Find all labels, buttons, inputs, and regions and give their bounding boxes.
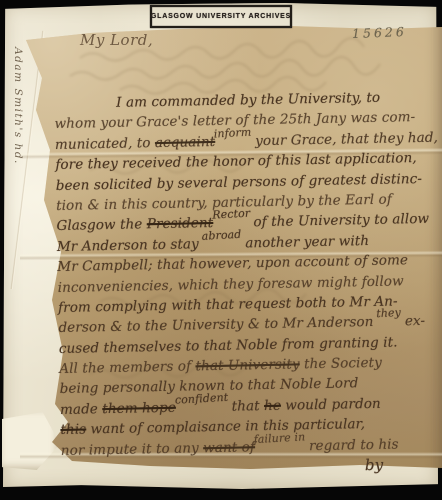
struck-out-word: want of bbox=[203, 439, 255, 456]
letter-text: All the members of bbox=[59, 358, 196, 377]
inserted-word: abroad bbox=[202, 224, 243, 247]
inserted-word: failure in bbox=[253, 427, 306, 450]
struck-out-word: acquaint bbox=[155, 134, 216, 151]
letter-text: would pardon bbox=[281, 396, 381, 414]
letter-salutation: My Lord, bbox=[80, 31, 153, 49]
struck-out-word: he bbox=[264, 398, 281, 414]
letter-text: I am commanded by the University, to bbox=[116, 90, 380, 111]
letter-text: Glasgow the bbox=[56, 217, 147, 235]
letter-text: your Grace, that they had, be- bbox=[251, 129, 442, 149]
letter-lines: I am commanded by the University, towhom… bbox=[54, 87, 442, 482]
struck-out-word: them hope bbox=[102, 400, 176, 417]
letter-text: want of complaisance in this particular, bbox=[86, 416, 365, 437]
letter-text: inconveniencies, which they foresaw migh… bbox=[58, 273, 404, 296]
letter-text: that bbox=[227, 398, 264, 415]
inserted-word: inform bbox=[214, 122, 253, 144]
letter-text: Mr Anderson to stay bbox=[57, 236, 204, 255]
letter-text: of the University to allow bbox=[249, 211, 429, 230]
inserted-word: confident bbox=[174, 388, 228, 411]
inserted-word: they bbox=[376, 303, 402, 325]
inserted-word: Rector bbox=[212, 204, 251, 226]
letter-text: by bbox=[365, 456, 384, 474]
archive-stamp: GLASGOW UNIVERSITY ARCHIVES bbox=[150, 5, 292, 28]
letter-text: regard to his bbox=[304, 436, 398, 454]
letter-text: nor impute it to any bbox=[61, 440, 204, 459]
letter-text: municated, to bbox=[55, 135, 155, 153]
archive-stamp-text: GLASGOW UNIVERSITY ARCHIVES bbox=[151, 13, 291, 20]
letter-text: ex- bbox=[400, 313, 425, 329]
struck-out-word: this bbox=[60, 422, 86, 438]
letter-text: derson & to the University & to Mr Ander… bbox=[58, 314, 378, 336]
margin-annotation: Adam Smith's hd. bbox=[12, 36, 24, 176]
letter-text: another year with bbox=[241, 233, 370, 251]
reference-number: 15626 bbox=[352, 24, 407, 41]
scanned-letter-page: GLASGOW UNIVERSITY ARCHIVES 15626 Adam S… bbox=[0, 0, 442, 500]
letter-text: the Society bbox=[300, 355, 382, 373]
struck-out-word: that University bbox=[195, 356, 299, 374]
letter-text: made bbox=[60, 401, 103, 418]
